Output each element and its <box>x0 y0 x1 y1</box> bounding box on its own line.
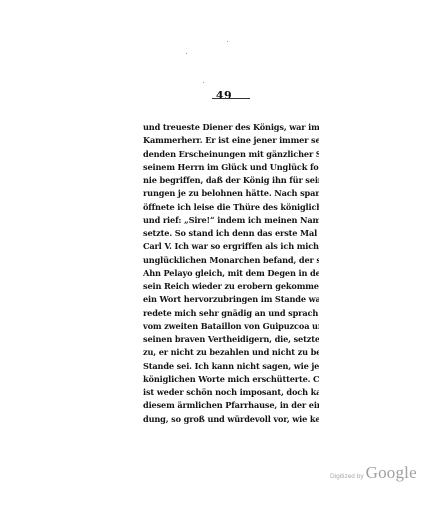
google-logo: Google <box>366 463 417 483</box>
text-line: unglücklichen Monarchen befand, der sein… <box>143 254 319 267</box>
text-line: dung, so groß und würdevoll vor, wie kei… <box>143 413 319 426</box>
page-number: 49 <box>216 90 232 102</box>
text-line: diesem ärmlichen Pfarrhause, in der einf… <box>143 399 319 412</box>
text-line: ist weder schön noch imposant, doch kam … <box>143 386 319 399</box>
scan-speck <box>227 41 228 42</box>
text-line: redete mich sehr gnädig an und sprach vo… <box>143 307 319 320</box>
text-line: nie begriffen, daß der König ihn für sei… <box>143 174 319 187</box>
text-line: vom zweiten Bataillon von Guipuzcoa und … <box>143 320 319 333</box>
watermark-prefix: Digitized by <box>330 473 364 480</box>
scan-speck <box>203 82 204 83</box>
text-line: Carl V. Ich war so ergriffen als ich mic… <box>143 240 319 253</box>
text-line: seinem Herrn im Glück und Unglück folgen… <box>143 161 319 174</box>
text-line: ein Wort hervorzubringen im Stande war. … <box>143 293 319 306</box>
scan-speck <box>218 418 219 419</box>
text-line: öffnete ich leise die Thüre des königlic… <box>143 201 319 214</box>
text-line: Ahn Pelayo gleich, mit dem Degen in der … <box>143 267 319 280</box>
text-line: und treueste Diener des Königs, war im D… <box>143 121 319 134</box>
scan-speck <box>186 53 187 54</box>
text-line: königlichen Worte mich erschütterte. Car… <box>143 373 319 386</box>
text-line: sein Reich wieder zu erobern gekommen, d… <box>143 280 319 293</box>
digitized-by-google-watermark: Digitized by Google <box>330 463 417 483</box>
text-line: setzte. So stand ich denn das erste Mal … <box>143 227 319 240</box>
header-rule <box>212 98 250 99</box>
body-text: und treueste Diener des Königs, war im D… <box>143 121 319 426</box>
text-line: seinen braven Vertheidigern, die, setzte… <box>143 333 319 346</box>
text-line: und rief: „Sire!“ indem ich meinen Namen… <box>143 214 319 227</box>
text-line: zu, er nicht zu bezahlen und nicht zu be… <box>143 346 319 359</box>
text-line: Kammerherr. Er ist eine jener immer selt… <box>143 134 319 147</box>
page-header: 49 <box>0 84 448 103</box>
text-line: denden Erscheinungen mit gänzlicher Selb… <box>143 148 319 161</box>
text-line: rungen je zu belohnen hätte. Nach spanis… <box>143 187 319 200</box>
text-line: Stande sei. Ich kann nicht sagen, wie je… <box>143 360 319 373</box>
